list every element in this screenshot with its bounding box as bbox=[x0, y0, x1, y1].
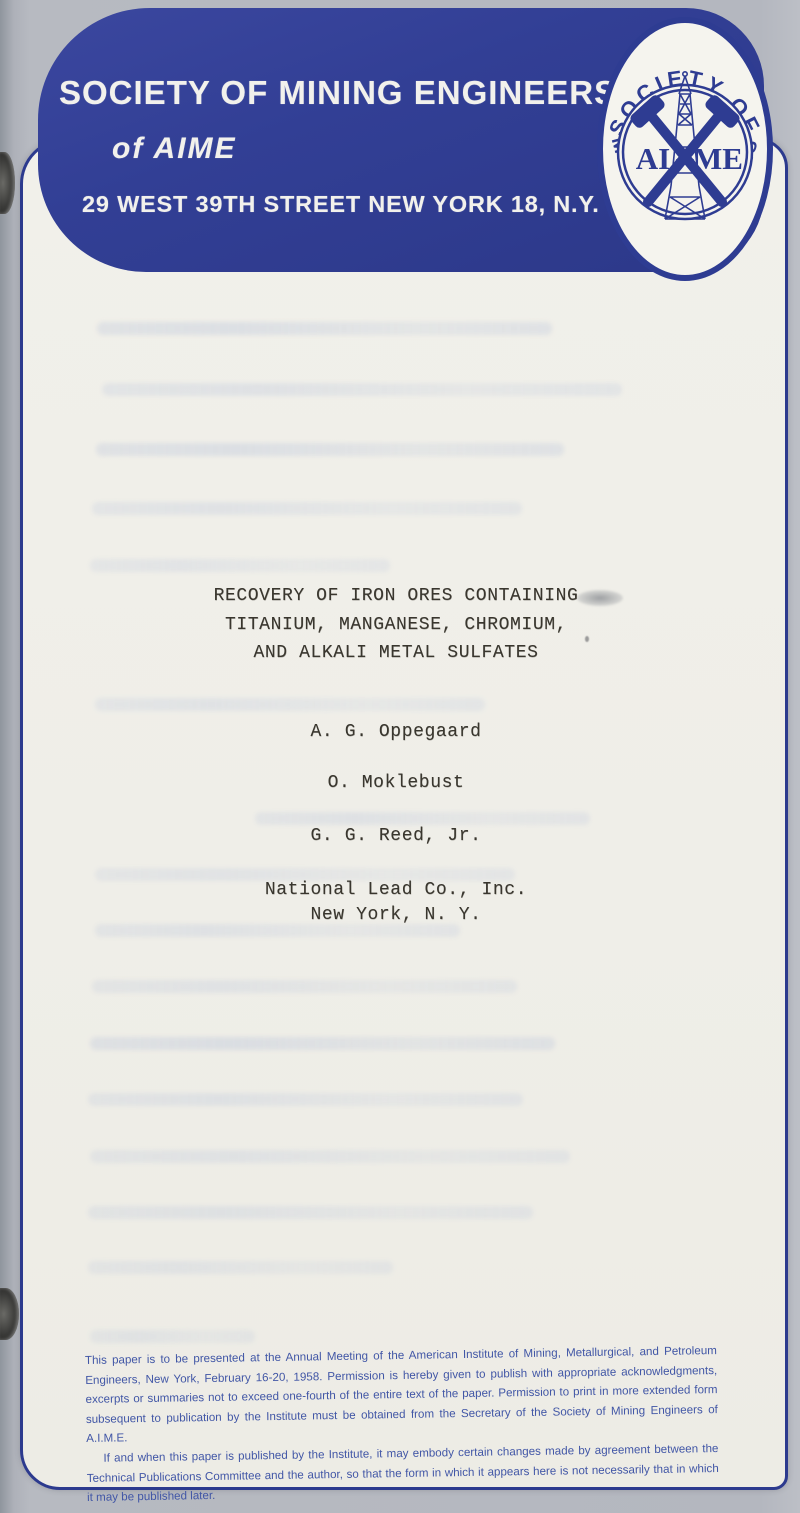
paper-title: RECOVERY OF IRON ORES CONTAINING TITANIU… bbox=[157, 582, 635, 668]
paper-title-line2: TITANIUM, MANGANESE, CHROMIUM, bbox=[157, 611, 635, 640]
permission-notice-paragraph-2: If and when this paper is published by t… bbox=[86, 1439, 719, 1508]
seal-monogram-right: ME bbox=[693, 141, 743, 176]
author-name-3: G. G. Reed, Jr. bbox=[157, 826, 635, 846]
banner-org-sub: of AIME bbox=[112, 132, 237, 166]
author-name-2: O. Moklebust bbox=[157, 773, 635, 793]
seal-monogram-left: AI bbox=[636, 141, 670, 176]
paper-title-line3: AND ALKALI METAL SULFATES bbox=[157, 639, 635, 668]
affiliation-line-2: New York, N. Y. bbox=[157, 905, 635, 925]
author-name-1: A. G. Oppegaard bbox=[157, 722, 635, 742]
binder-hole-top bbox=[0, 152, 15, 214]
paper-title-line1: RECOVERY OF IRON ORES CONTAINING bbox=[157, 582, 635, 611]
binder-hole-bottom bbox=[0, 1288, 19, 1340]
ink-speck bbox=[585, 636, 589, 642]
banner-org-name: SOCIETY OF MINING ENGINEERS bbox=[59, 74, 617, 112]
scanned-page: { "banner": { "org_name": "SOCIETY OF MI… bbox=[0, 0, 800, 1513]
affiliation-line-1: National Lead Co., Inc. bbox=[157, 880, 635, 900]
permission-notice: This paper is to be presented at the Ann… bbox=[85, 1341, 719, 1508]
aime-seal-logo: SOCIETY OF MINING ENGINEERS AI ME bbox=[596, 14, 774, 284]
permission-notice-paragraph-1: This paper is to be presented at the Ann… bbox=[85, 1341, 718, 1449]
ink-smudge bbox=[577, 590, 623, 606]
banner-address: 29 WEST 39TH STREET NEW YORK 18, N.Y. bbox=[82, 191, 600, 218]
